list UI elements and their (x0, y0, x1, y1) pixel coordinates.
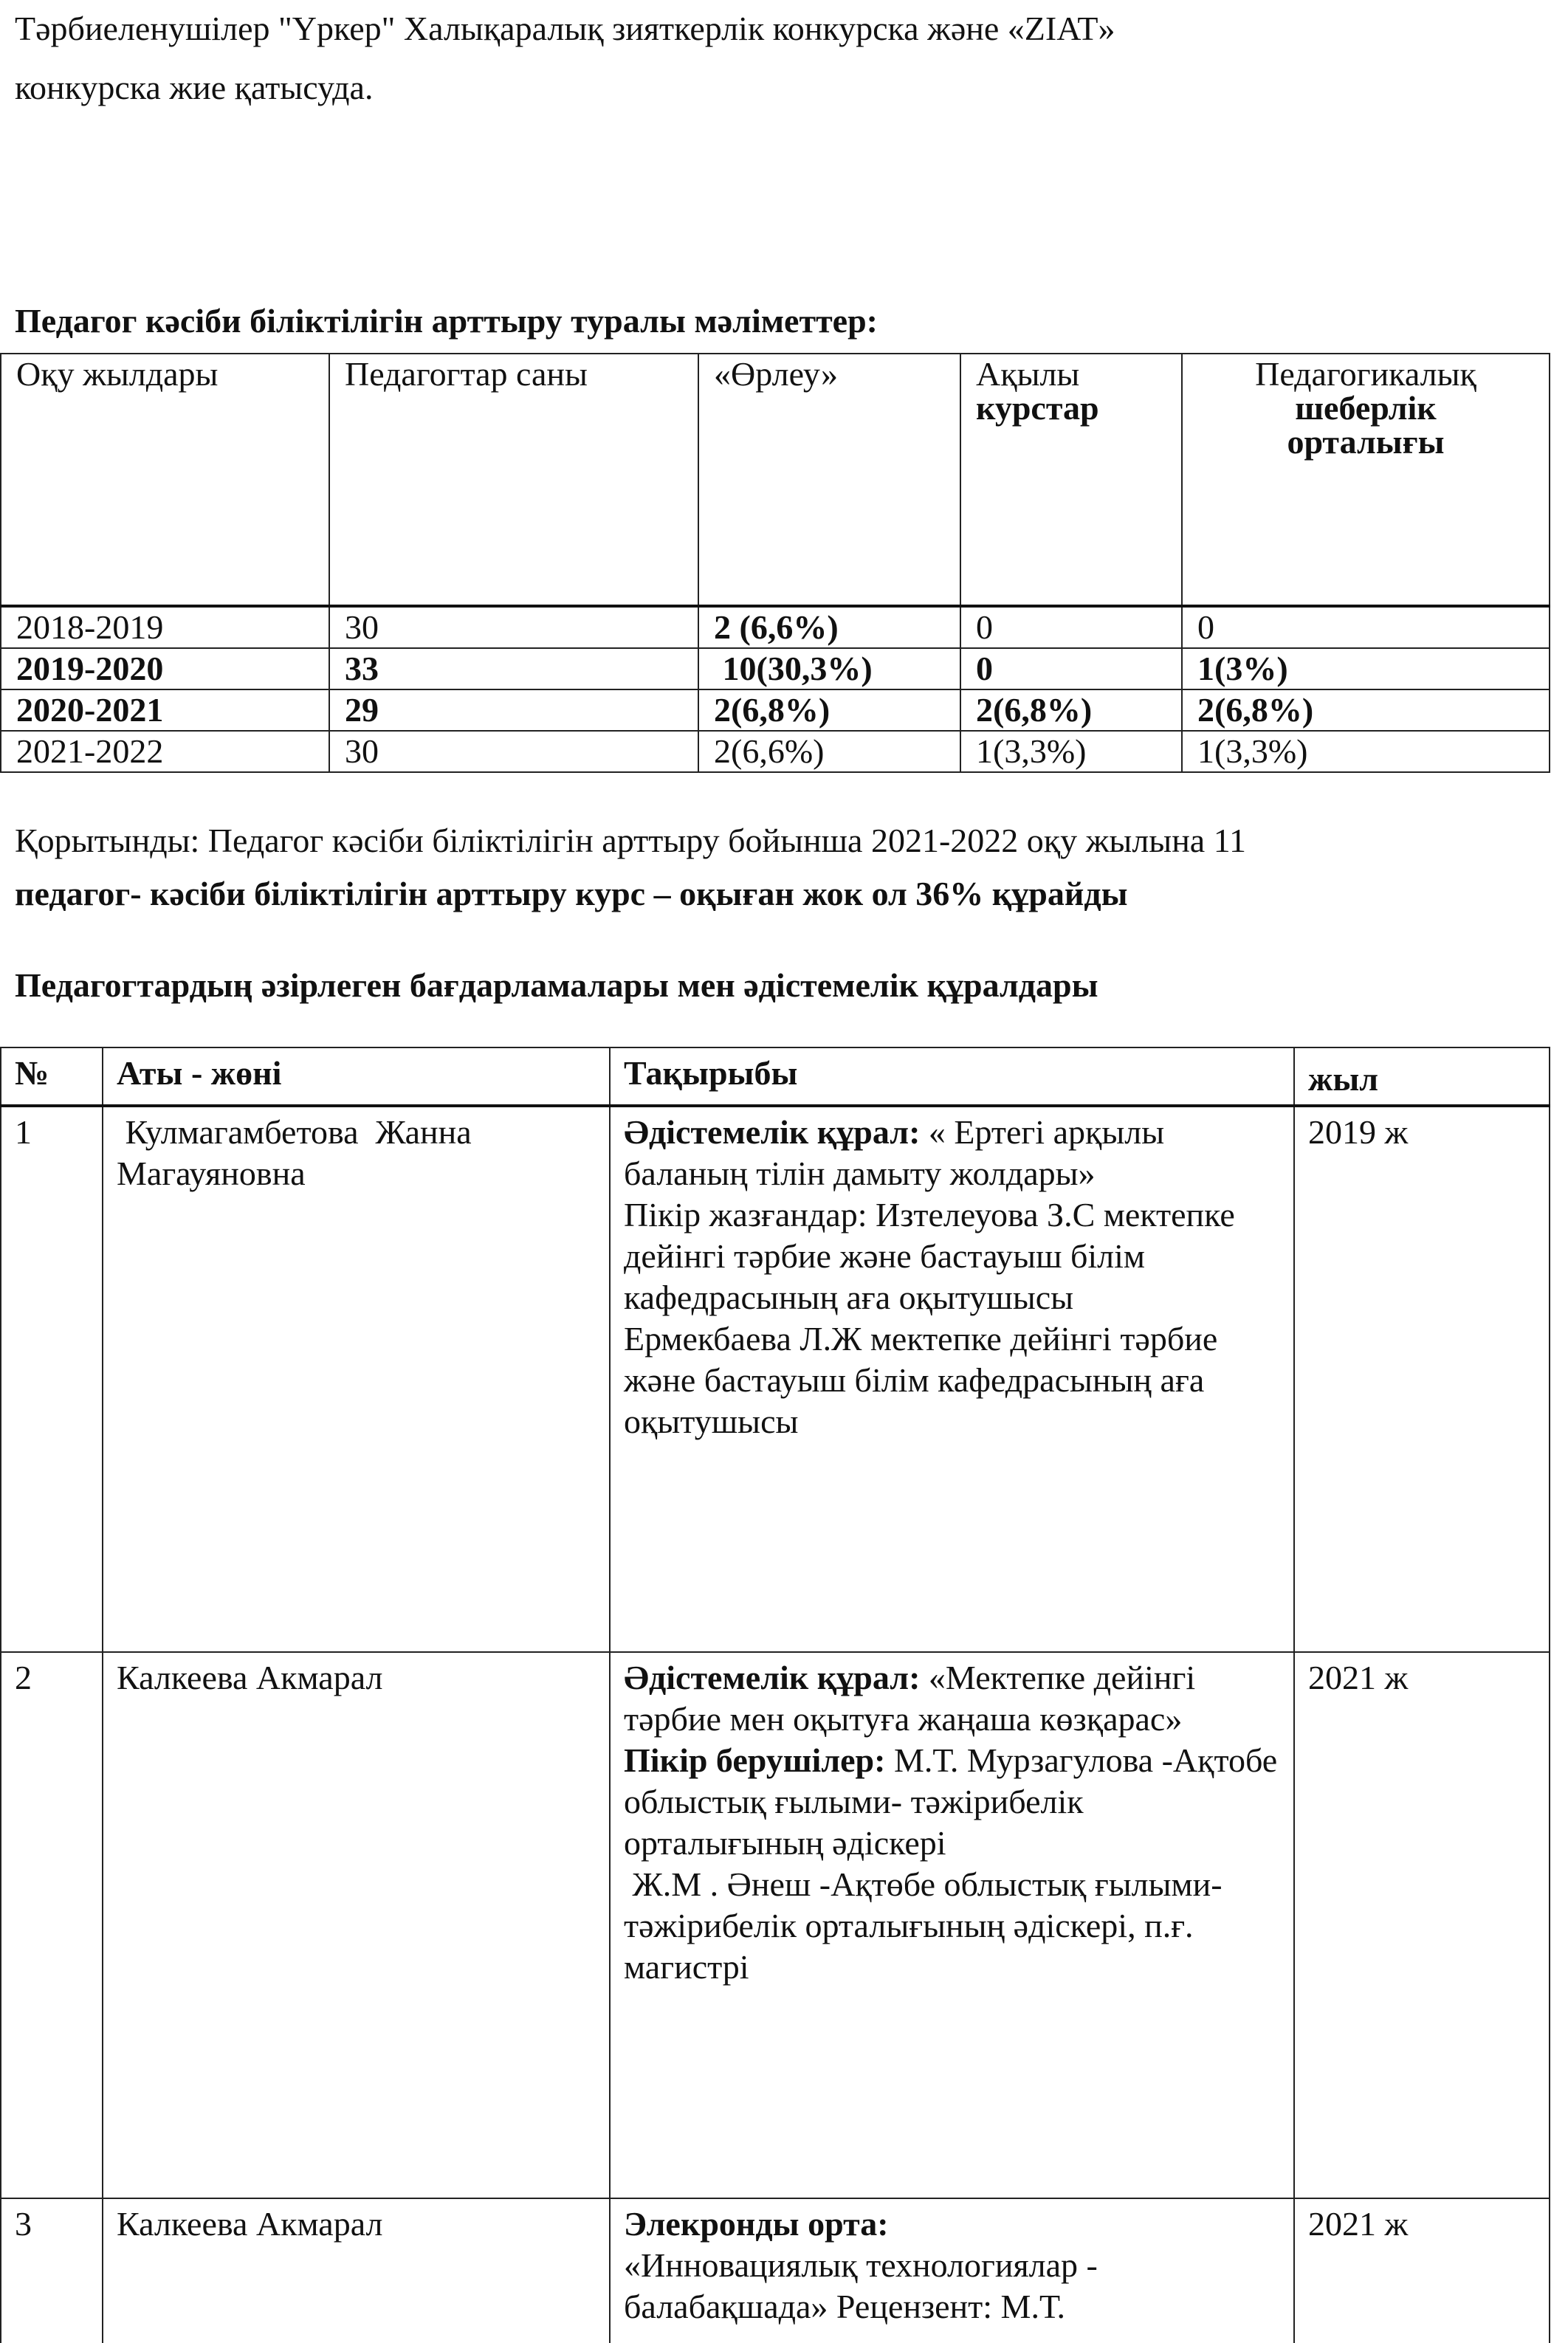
cell-number: 1 (1, 1106, 103, 1652)
cell-name: Кулмагамбетова Жанна Магауяновна (103, 1106, 610, 1652)
cell-orleu: 2(6,8%) (698, 689, 960, 731)
cell-teachers: 29 (329, 689, 698, 731)
topic-reviewers-2: Ж.М . Әнеш -Ақтөбе облыстық ғылыми- тәжі… (624, 1864, 1280, 1988)
cell-year: 2019 ж (1294, 1106, 1550, 1652)
cell-center: 1(3,3%) (1182, 731, 1550, 772)
qualification-table: Оқу жылдары Педагогтар саны «Өрлеу» Ақыл… (0, 353, 1550, 773)
table-row: 2 Калкеева Акмарал Әдістемелік құрал: «М… (1, 1652, 1550, 2198)
col-header-paid-line-1: Ақылы (976, 357, 1166, 391)
col-header-center-line-1: Педагогикалық (1197, 357, 1534, 391)
cell-paid: 0 (960, 606, 1182, 648)
table-row: 1 Кулмагамбетова Жанна Магауяновна Әдіст… (1, 1106, 1550, 1652)
cell-orleu: 2(6,6%) (698, 731, 960, 772)
programs-header-row: № Аты - жөні Тақырыбы жыл (1, 1047, 1550, 1106)
reviewers-label: Пікір берушілер: (624, 1741, 894, 1779)
cell-year: 2021 ж (1294, 1652, 1550, 2198)
programs-table: № Аты - жөні Тақырыбы жыл 1 Кулмагамбето… (0, 1047, 1550, 2343)
cell-teachers: 30 (329, 606, 698, 648)
cell-teachers: 30 (329, 731, 698, 772)
cell-center: 2(6,8%) (1182, 689, 1550, 731)
cell-year: 2021 ж (1294, 2198, 1550, 2343)
cell-topic: Әдістемелік құрал: «Мектепке дейінгі тәр… (610, 1652, 1294, 2198)
intro-line-2: конкурска жие қатысуда. (15, 59, 373, 117)
topic-label: Әдістемелік құрал: (624, 1113, 929, 1151)
col-header-year: жыл (1294, 1047, 1550, 1106)
col-header-number: № (1, 1047, 103, 1106)
conclusion-line-1: Қорытынды: Педагог кәсіби біліктілігін а… (15, 812, 1246, 870)
cell-number: 3 (1, 2198, 103, 2343)
col-header-years: Оқу жылдары (1, 354, 329, 606)
cell-year: 2019-2020 (1, 648, 329, 689)
cell-center: 0 (1182, 606, 1550, 648)
table-row: 2018-2019 30 2 (6,6%) 0 0 (1, 606, 1550, 648)
table-row: 2019-2020 33 10(30,3%) 0 1(3%) (1, 648, 1550, 689)
cell-teachers: 33 (329, 648, 698, 689)
col-header-paid: Ақылы курстар (960, 354, 1182, 606)
topic-reviewers-2: Ермекбаева Л.Ж мектепке дейінгі тәрбие ж… (624, 1318, 1280, 1442)
cell-name: Калкеева Акмарал (103, 1652, 610, 2198)
col-header-center: Педагогикалық шеберлік орталығы (1182, 354, 1550, 606)
cell-year: 2021-2022 (1, 731, 329, 772)
col-header-orleu: «Өрлеу» (698, 354, 960, 606)
cell-orleu: 2 (6,6%) (698, 606, 960, 648)
col-header-paid-line-2: курстар (976, 391, 1166, 425)
col-header-center-line-3: орталығы (1197, 425, 1534, 459)
col-header-topic: Тақырыбы (610, 1047, 1294, 1106)
qualification-header-row: Оқу жылдары Педагогтар саны «Өрлеу» Ақыл… (1, 354, 1550, 606)
programs-heading: Педагогтардың әзірлеген бағдарламалары м… (15, 966, 1098, 1005)
cell-name: Калкеева Акмарал (103, 2198, 610, 2343)
topic-label: Әдістемелік құрал: (624, 1659, 929, 1696)
table-row: 2020-2021 29 2(6,8%) 2(6,8%) 2(6,8%) (1, 689, 1550, 731)
topic-reviewers: Пікір берушілер: М.Т. Мурзагулова -Ақтоб… (624, 1740, 1280, 1864)
col-header-center-line-2: шеберлік (1197, 391, 1534, 425)
cell-year: 2020-2021 (1, 689, 329, 731)
cell-paid: 0 (960, 648, 1182, 689)
cell-paid: 1(3,3%) (960, 731, 1182, 772)
cell-topic: Элекронды орта: «Инновациялық технология… (610, 2198, 1294, 2343)
qualification-heading: Педагог кәсіби біліктілігін арттыру тура… (15, 301, 878, 340)
cell-number: 2 (1, 1652, 103, 2198)
table-row: 2021-2022 30 2(6,6%) 1(3,3%) 1(3,3%) (1, 731, 1550, 772)
topic-reviewers: Пікір жазғандар: Изтелеуова З.С мектепке… (624, 1194, 1280, 1318)
topic-text: «Инновациялық технологиялар - балабақшад… (624, 2245, 1280, 2327)
table-row: 3 Калкеева Акмарал Элекронды орта: «Инно… (1, 2198, 1550, 2343)
cell-orleu: 10(30,3%) (698, 648, 960, 689)
conclusion-line-2: педагог- кәсіби біліктілігін арттыру кур… (15, 865, 1128, 923)
col-header-name: Аты - жөні (103, 1047, 610, 1106)
cell-center: 1(3%) (1182, 648, 1550, 689)
cell-year: 2018-2019 (1, 606, 329, 648)
topic-label: Элекронды орта: (624, 2203, 1280, 2245)
cell-paid: 2(6,8%) (960, 689, 1182, 731)
intro-line-1: Тәрбиеленушілер "Үркер" Халықаралық зият… (15, 0, 1115, 58)
col-header-teachers: Педагогтар саны (329, 354, 698, 606)
cell-topic: Әдістемелік құрал: « Ертегі арқылы балан… (610, 1106, 1294, 1652)
